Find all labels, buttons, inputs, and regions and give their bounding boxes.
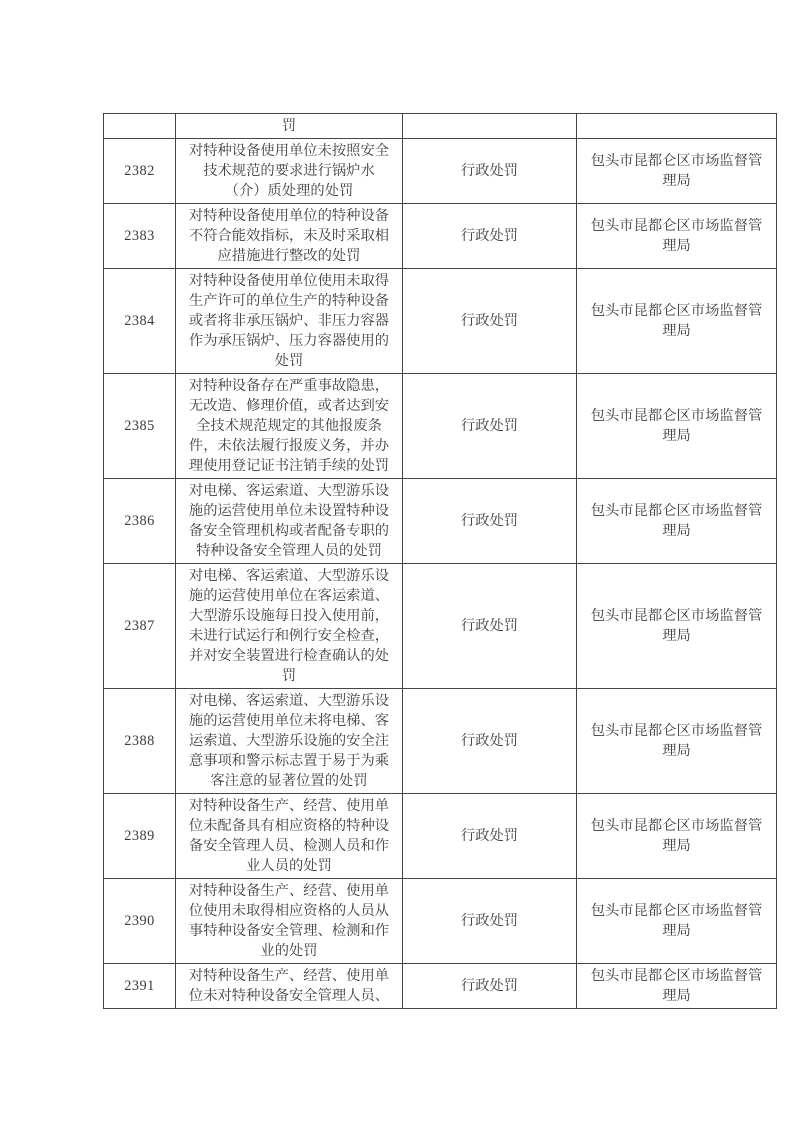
penalty-description-cell: 对特种设备使用单位使用未取得 生产许可的单位生产的特种设备 或者将非承压锅炉、非…	[176, 269, 403, 374]
row-number-cell: 2383	[104, 204, 176, 269]
penalty-type-cell: 行政处罚	[403, 269, 577, 374]
implementing-authority-cell: 包头市昆都仑区市场监督管 理局	[577, 794, 777, 879]
implementing-authority-cell: 包头市昆都仑区市场监督管 理局	[577, 964, 777, 1009]
row-number-cell: 2391	[104, 964, 176, 1009]
row-number-cell: 2389	[104, 794, 176, 879]
table-row: 2384 对特种设备使用单位使用未取得 生产许可的单位生产的特种设备 或者将非承…	[104, 269, 777, 374]
implementing-authority-cell: 包头市昆都仑区市场监督管 理局	[577, 374, 777, 479]
penalty-description-cell: 罚	[176, 114, 403, 139]
penalty-description-cell: 对特种设备使用单位未按照安全 技术规范的要求进行锅炉水 （介）质处理的处罚	[176, 139, 403, 204]
row-number-cell: 2385	[104, 374, 176, 479]
table-row: 2390 对特种设备生产、经营、使用单 位使用未取得相应资格的人员从 事特种设备…	[104, 879, 777, 964]
implementing-authority-cell: 包头市昆都仑区市场监督管 理局	[577, 139, 777, 204]
row-number-cell: 2386	[104, 479, 176, 564]
table-row: 2389 对特种设备生产、经营、使用单 位未配备具有相应资格的特种设 备安全管理…	[104, 794, 777, 879]
table-row: 2382 对特种设备使用单位未按照安全 技术规范的要求进行锅炉水 （介）质处理的…	[104, 139, 777, 204]
row-number-cell: 2390	[104, 879, 176, 964]
penalty-description-cell: 对特种设备使用单位的特种设备 不符合能效指标，未及时采取相 应措施进行整改的处罚	[176, 204, 403, 269]
penalty-description-cell: 对特种设备生产、经营、使用单 位未对特种设备安全管理人员、	[176, 964, 403, 1009]
penalty-description-cell: 对特种设备生产、经营、使用单 位未配备具有相应资格的特种设 备安全管理人员、检测…	[176, 794, 403, 879]
table-row: 2388 对电梯、客运索道、大型游乐设 施的运营使用单位未将电梯、客 运索道、大…	[104, 689, 777, 794]
penalty-type-cell: 行政处罚	[403, 204, 577, 269]
row-number-cell: 2388	[104, 689, 176, 794]
table-row: 2391 对特种设备生产、经营、使用单 位未对特种设备安全管理人员、 行政处罚 …	[104, 964, 777, 1009]
implementing-authority-cell: 包头市昆都仑区市场监督管 理局	[577, 479, 777, 564]
implementing-authority-cell: 包头市昆都仑区市场监督管 理局	[577, 204, 777, 269]
penalty-type-cell: 行政处罚	[403, 374, 577, 479]
document-page: 罚 2382 对特种设备使用单位未按照安全 技术规范的要求进行锅炉水 （介）质处…	[0, 0, 793, 1122]
penalty-description-cell: 对电梯、客运索道、大型游乐设 施的运营使用单位未设置特种设 备安全管理机构或者配…	[176, 479, 403, 564]
penalty-type-cell: 行政处罚	[403, 479, 577, 564]
implementing-authority-cell: 包头市昆都仑区市场监督管 理局	[577, 879, 777, 964]
penalty-type-cell: 行政处罚	[403, 564, 577, 689]
penalty-description-cell: 对特种设备存在严重事故隐患， 无改造、修理价值，或者达到安 全技术规范规定的其他…	[176, 374, 403, 479]
implementing-authority-cell: 包头市昆都仑区市场监督管 理局	[577, 269, 777, 374]
penalty-type-cell: 行政处罚	[403, 794, 577, 879]
penalty-type-cell: 行政处罚	[403, 689, 577, 794]
penalty-type-cell: 行政处罚	[403, 964, 577, 1009]
penalty-items-table: 罚 2382 对特种设备使用单位未按照安全 技术规范的要求进行锅炉水 （介）质处…	[103, 113, 777, 1009]
penalty-type-cell: 行政处罚	[403, 879, 577, 964]
penalty-description-cell: 对电梯、客运索道、大型游乐设 施的运营使用单位在客运索道、 大型游乐设施每日投入…	[176, 564, 403, 689]
implementing-authority-cell: 包头市昆都仑区市场监督管 理局	[577, 689, 777, 794]
row-number-cell: 2382	[104, 139, 176, 204]
implementing-authority-cell	[577, 114, 777, 139]
row-number-cell: 2387	[104, 564, 176, 689]
penalty-type-cell: 行政处罚	[403, 139, 577, 204]
penalty-type-cell	[403, 114, 577, 139]
row-number-cell: 2384	[104, 269, 176, 374]
table-row: 罚	[104, 114, 777, 139]
table-row: 2386 对电梯、客运索道、大型游乐设 施的运营使用单位未设置特种设 备安全管理…	[104, 479, 777, 564]
penalty-description-cell: 对电梯、客运索道、大型游乐设 施的运营使用单位未将电梯、客 运索道、大型游乐设施…	[176, 689, 403, 794]
implementing-authority-cell: 包头市昆都仑区市场监督管 理局	[577, 564, 777, 689]
penalty-items-table-body: 罚 2382 对特种设备使用单位未按照安全 技术规范的要求进行锅炉水 （介）质处…	[104, 114, 777, 1009]
penalty-description-cell: 对特种设备生产、经营、使用单 位使用未取得相应资格的人员从 事特种设备安全管理、…	[176, 879, 403, 964]
table-row: 2385 对特种设备存在严重事故隐患， 无改造、修理价值，或者达到安 全技术规范…	[104, 374, 777, 479]
table-row: 2387 对电梯、客运索道、大型游乐设 施的运营使用单位在客运索道、 大型游乐设…	[104, 564, 777, 689]
table-row: 2383 对特种设备使用单位的特种设备 不符合能效指标，未及时采取相 应措施进行…	[104, 204, 777, 269]
row-number-cell	[104, 114, 176, 139]
